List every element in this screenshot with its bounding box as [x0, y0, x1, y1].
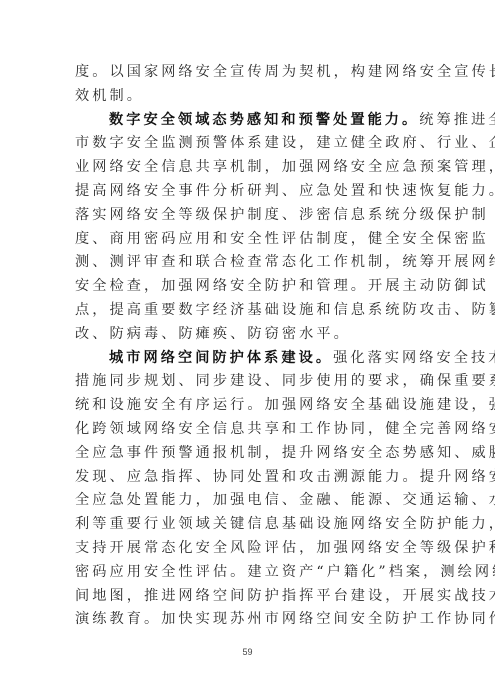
text-line: 演练教育。加快实现苏州市网络空间安全防护工作协同作: [75, 608, 425, 632]
text-line: 化跨领域网络安全信息共享和工作协同，健全完善网络安: [75, 418, 425, 442]
text-line: 安全检查，加强网络安全防护和管理。开展主动防御试: [75, 275, 425, 299]
text-line: 支持开展常态化安全风险评估，加强网络安全等级保护和: [75, 537, 425, 561]
text-line: 全应急事件预警通报机制，提升网络安全态势感知、威胁: [75, 442, 425, 466]
text-run: 统筹推进全: [419, 112, 495, 128]
text-line: 全应急处置能力，加强电信、金融、能源、交通运输、水: [75, 489, 425, 513]
text-line: 落实网络安全等级保护制度、涉密信息系统分级保护制: [75, 204, 425, 228]
text-line: 度、商用密码应用和安全性评估制度，健全安全保密监: [75, 228, 425, 252]
document-page: 度。以国家网络安全宣传周为契机，构建网络安全宣传长 效机制。 数字安全领域态势感…: [0, 0, 495, 700]
text-line: 利等重要行业领域关键信息基础设施网络安全防护能力，: [75, 513, 425, 537]
page-number: 59: [0, 647, 495, 657]
body-text: 度。以国家网络安全宣传周为契机，构建网络安全宣传长 效机制。 数字安全领域态势感…: [75, 61, 425, 632]
text-run: 强化落实网络安全技术: [333, 350, 495, 366]
text-line: 发现、应急指挥、协同处置和攻击溯源能力。提升网络安: [75, 466, 425, 490]
text-line: 测、测评审查和联合检查常态化工作机制，统筹开展网络: [75, 251, 425, 275]
text-line: 业网络安全信息共享机制，加强网络安全应急预案管理，: [75, 156, 425, 180]
section-heading-cyberspace-protection: 城市网络空间防护体系建设。: [109, 350, 333, 366]
text-line: 市数字安全监测预警体系建设，建立健全政府、行业、企: [75, 132, 425, 156]
text-line: 提高网络安全事件分析研判、应急处置和快速恢复能力。: [75, 180, 425, 204]
text-line: 密码应用安全性评估。建立资产“户籍化”档案，测绘网络空: [75, 561, 425, 585]
text-line: 点，提高重要数字经济基础设施和信息系统防攻击、防篡: [75, 299, 425, 323]
section-heading-situational-awareness: 数字安全领域态势感知和预警处置能力。: [109, 112, 419, 128]
paragraph-heading-line: 数字安全领域态势感知和预警处置能力。统筹推进全: [75, 109, 425, 133]
paragraph-heading-line: 城市网络空间防护体系建设。强化落实网络安全技术: [75, 347, 425, 371]
text-line: 度。以国家网络安全宣传周为契机，构建网络安全宣传长: [75, 61, 425, 85]
text-line: 效机制。: [75, 85, 425, 109]
text-line: 措施同步规划、同步建设、同步使用的要求，确保重要系: [75, 370, 425, 394]
text-line: 改、防病毒、防瘫痪、防窃密水平。: [75, 323, 425, 347]
text-line: 间地图，推进网络空间防护指挥平台建设，开展实战技术: [75, 585, 425, 609]
text-line: 统和设施安全有序运行。加强网络安全基础设施建设，强: [75, 394, 425, 418]
